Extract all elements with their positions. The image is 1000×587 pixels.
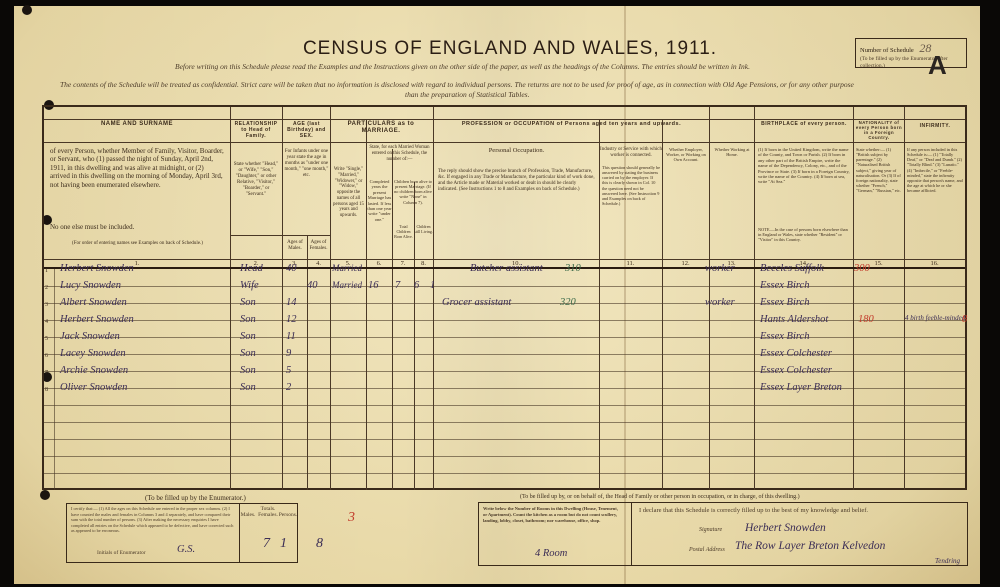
total-females: 1 — [280, 536, 287, 552]
occupier-heading: (To be filled up by, or on behalf of, th… — [520, 494, 800, 500]
children-living: 6 — [414, 280, 419, 291]
header-marriage: PARTICULARS as to MARRIAGE. — [331, 121, 431, 135]
relationship: Wife — [240, 280, 259, 291]
relationship: Son — [240, 382, 256, 393]
males-label: Males. — [238, 512, 258, 519]
person-name: Oliver Snowden — [60, 382, 127, 393]
header-birthplace-desc: (1) If born in the United Kingdom, write… — [758, 147, 850, 185]
person-name: Herbert Snowden — [60, 263, 134, 274]
header-nationality: NATIONALITY of every Person born in a Fo… — [854, 120, 904, 141]
form-letter: A — [928, 50, 947, 81]
birthplace: Essex Birch — [760, 331, 809, 342]
col-num: 16. — [904, 260, 965, 268]
age-male: 5 — [286, 365, 291, 376]
header-name-note: No one else must be included. — [50, 223, 225, 231]
employer-status: worker — [705, 297, 735, 308]
infirmity: 4 birth feeble-minded — [905, 314, 965, 322]
instruction-line-3: than the preparation of Statistical Tabl… — [405, 90, 529, 99]
header-industry-desc: This question should generally be answer… — [602, 165, 660, 206]
birthplace-code: 180 — [858, 314, 874, 325]
age-male: 9 — [286, 348, 291, 359]
relationship: Son — [240, 314, 256, 325]
col-num: 4. — [307, 260, 330, 268]
header-occupation: PROFESSION or OCCUPATION of Persons aged… — [434, 121, 709, 128]
instruction-line-1: Before writing on this Schedule please r… — [175, 62, 750, 71]
age-male: 12 — [286, 314, 297, 325]
relationship: Son — [240, 348, 256, 359]
header-infirmity-desc: If any person included in this Schedule … — [907, 147, 963, 193]
birthplace: Essex Colchester — [760, 348, 832, 359]
occupation: Butcher assistant — [470, 263, 543, 274]
col-num: 12. — [662, 260, 709, 268]
header-age: AGE (last Birthday) and SEX. — [283, 121, 330, 139]
birthplace: Essex Birch — [760, 280, 809, 291]
relationship: Son — [240, 297, 256, 308]
col-num: 7. — [392, 260, 414, 268]
age-male: 14 — [286, 297, 297, 308]
age-female: 40 — [307, 280, 318, 291]
header-name-desc: of every Person, whether Member of Famil… — [50, 147, 225, 189]
header-children: Children born alive to present Marriage.… — [393, 179, 433, 205]
birthplace: Beccles Suffolk — [760, 263, 824, 274]
children-died: 1 — [430, 280, 435, 291]
header-marriage-state: State, for each Married Woman entered on… — [367, 145, 432, 162]
header-age-males: Ages of Males. — [283, 240, 307, 252]
total-males: 7 — [263, 536, 270, 552]
relationship: Son — [240, 331, 256, 342]
person-name: Albert Snowden — [60, 297, 127, 308]
punch-hole — [40, 490, 50, 500]
header-birthplace: BIRTHPLACE of every person. — [755, 121, 853, 127]
birthplace: Essex Colchester — [760, 365, 832, 376]
age-male: 2 — [286, 382, 291, 393]
enumerator-initials: G.S. — [177, 544, 195, 555]
header-employer-status: Whether Employer, Worker, or Working on … — [663, 147, 709, 162]
signature: Herbert Snowden — [745, 522, 826, 534]
punch-hole — [22, 5, 32, 15]
birthplace-code: 300 — [854, 263, 870, 274]
header-relationship: RELATIONSHIP to Head of Family. — [231, 121, 281, 139]
marriage-years: 16 — [368, 280, 379, 291]
signature-label: Signature — [699, 527, 722, 535]
header-children-living: Children still Living. — [414, 225, 433, 235]
form-title: CENSUS OF ENGLAND AND WALES, 1911. — [290, 38, 730, 60]
person-name: Archie Snowden — [60, 365, 128, 376]
header-birthplace-note: NOTE.—In the case of persons born elsewh… — [758, 227, 850, 242]
header-nationality-desc: State whether:— (1) "British subject by … — [856, 147, 902, 193]
age-male: 40 — [286, 263, 297, 274]
occupation: Grocer assistant — [442, 297, 511, 308]
occupation-code: 320 — [560, 297, 576, 308]
children-born: 7 — [395, 280, 400, 291]
header-age-desc: For Infants under one year state the age… — [284, 149, 329, 179]
header-personal-occupation: Personal Occupation. — [434, 147, 599, 155]
schedule-number-box: Number of Schedule 28 (To be filled up b… — [855, 38, 967, 68]
occupation-code: 310 — [565, 263, 581, 274]
header-name: NAME AND SURNAME — [44, 121, 230, 128]
persons-label: Persons. — [278, 512, 298, 519]
header-personal-occupation-desc: The reply should show the precise branch… — [438, 169, 596, 193]
col-num: 8. — [414, 260, 433, 268]
rooms-instruction: Write below the Number of Rooms in this … — [483, 506, 623, 524]
header-age-females: Ages of Females. — [307, 240, 330, 252]
postal-address: The Row Layer Breton Kelvedon — [735, 540, 885, 552]
col-num: 6. — [366, 260, 392, 268]
enumerator-initials-label: Initials of Enumerator — [97, 550, 146, 557]
enumerator-certify: I certify that:— (1) All the ages on thi… — [71, 506, 236, 534]
instruction-line-2: The contents of the Schedule will be tre… — [60, 80, 854, 89]
schedule-number-label: Number of Schedule — [860, 47, 914, 54]
address-label: Postal Address — [689, 547, 725, 555]
birthplace: Essex Layer Breton — [760, 382, 842, 393]
marriage-status: Married — [332, 263, 362, 273]
header-relationship-desc: State whether "Head," or "Wife," "Son," … — [232, 162, 280, 198]
birthplace: Essex Birch — [760, 297, 809, 308]
header-marriage-years: Completed years the present Marriage has… — [367, 179, 392, 222]
total-persons: 8 — [316, 536, 323, 552]
relationship: Head — [240, 263, 263, 274]
header-name-order: (For order of entering names see Example… — [50, 241, 225, 247]
header-infirmity: INFIRMITY. — [905, 123, 965, 129]
marriage-status: Married — [332, 280, 362, 290]
rooms-count: 4 Room — [535, 548, 567, 559]
enumerator-red-mark: 3 — [348, 510, 355, 526]
person-name: Herbert Snowden — [60, 314, 134, 325]
person-name: Lucy Snowden — [60, 280, 121, 291]
enumerator-heading: (To be filled up by the Enumerator.) — [145, 494, 246, 502]
declaration: I declare that this Schedule is correctl… — [639, 507, 868, 515]
birthplace: Hants Aldershot — [760, 314, 828, 325]
header-children-total: Total Children Born Alive. — [393, 225, 414, 239]
relationship: Son — [240, 365, 256, 376]
person-name: Jack Snowden — [60, 331, 120, 342]
age-male: 11 — [286, 331, 296, 342]
person-name: Lacey Snowden — [60, 348, 126, 359]
header-marriage-write: Write "Single," "Married," "Widower," or… — [332, 167, 365, 219]
col-num: 11. — [599, 260, 662, 268]
infirmity-code: 8 — [962, 314, 967, 325]
header-working-at-home: Whether Working at Home. — [710, 147, 754, 157]
females-label: Females. — [258, 512, 278, 519]
employer-status: worker — [705, 263, 735, 274]
header-industry: Industry or Service with which worker is… — [600, 147, 662, 159]
postal-address-extra: Tendring — [935, 557, 960, 565]
